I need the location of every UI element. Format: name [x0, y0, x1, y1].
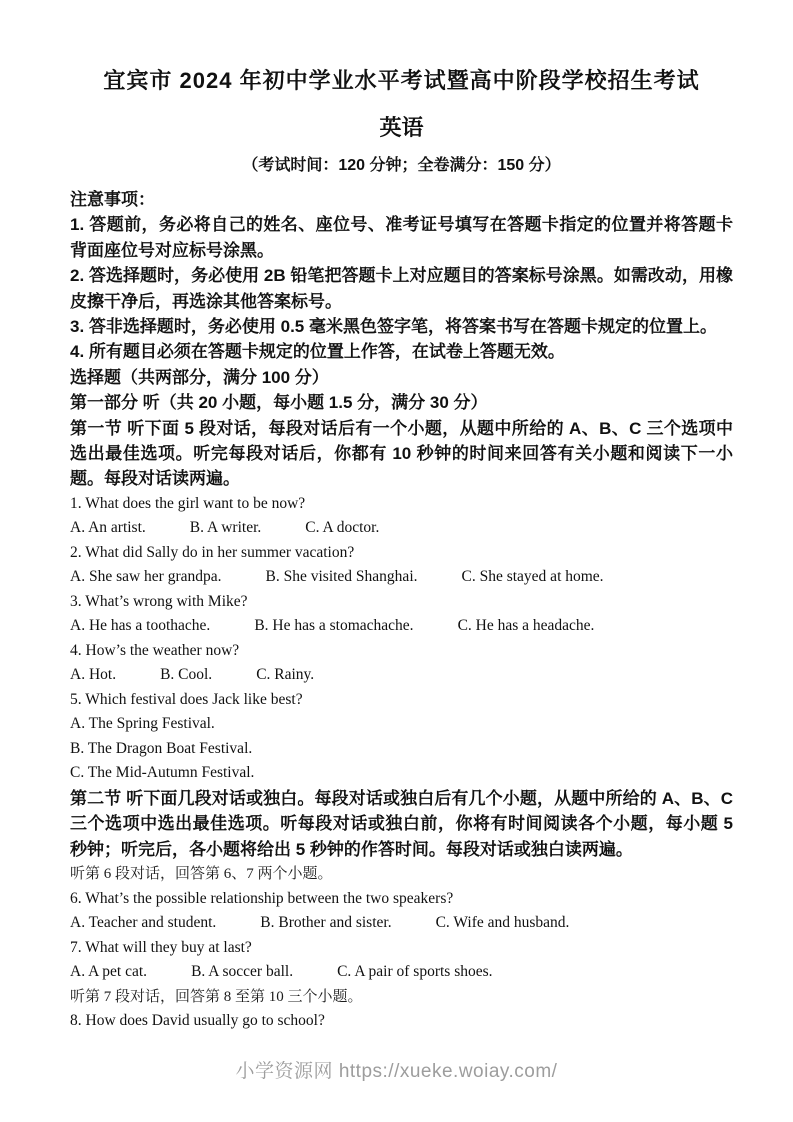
notice-item-2: 2. 答选择题时，务必使用 2B 铅笔把答题卡上对应题目的答案标号涂黑。如需改动… [70, 263, 733, 314]
option-c: C. She stayed at home. [462, 568, 604, 585]
question-2-options: A. She saw her grandpa.B. She visited Sh… [70, 565, 733, 590]
option-c: C. A doctor. [305, 519, 379, 536]
page-title: 宜宾市 2024 年初中学业水平考试暨高中阶段学校招生考试 [70, 64, 733, 95]
notice-item-3: 3. 答非选择题时，务必使用 0.5 毫米黑色签字笔，将答案书写在答题卡规定的位… [70, 314, 733, 339]
choice-section-heading: 选择题（共两部分，满分 100 分） [70, 365, 733, 390]
question-1-options: A. An artist.B. A writer.C. A doctor. [70, 516, 733, 541]
option-a: A. An artist. [70, 519, 146, 536]
question-4-options: A. Hot.B. Cool.C. Rainy. [70, 663, 733, 688]
section1-intro: 第一节 听下面 5 段对话，每段对话后有一个小题，从题中所给的 A、B、C 三个… [70, 416, 733, 492]
option-c: C. Rainy. [256, 666, 314, 683]
watermark-text: 小学资源网 https://xueke.woiay.com/ [0, 1056, 793, 1083]
option-b: B. He has a stomachache. [254, 617, 413, 634]
subject-title: 英语 [70, 111, 733, 142]
dialog6-note: 听第 6 段对话，回答第 6、7 两个小题。 [70, 862, 733, 887]
option-a: A. A pet cat. [70, 963, 147, 980]
option-a: A. Hot. [70, 666, 116, 683]
question-6-options: A. Teacher and student.B. Brother and si… [70, 911, 733, 936]
question-5-text: 5. Which festival does Jack like best? [70, 688, 733, 713]
dialog7-note: 听第 7 段对话，回答第 8 至第 10 三个小题。 [70, 985, 733, 1010]
question-6-text: 6. What’s the possible relationship betw… [70, 887, 733, 912]
question-1-text: 1. What does the girl want to be now? [70, 492, 733, 517]
question-3-text: 3. What’s wrong with Mike? [70, 590, 733, 615]
section2-intro: 第二节 听下面几段对话或独白。每段对话或独白后有几个小题，从题中所给的 A、B、… [70, 786, 733, 862]
question-5-option-b: B. The Dragon Boat Festival. [70, 737, 733, 762]
question-5-option-c: C. The Mid-Autumn Festival. [70, 761, 733, 786]
notice-item-4: 4. 所有题目必须在答题卡规定的位置上作答，在试卷上答题无效。 [70, 339, 733, 364]
question-4-text: 4. How’s the weather now? [70, 639, 733, 664]
option-a: A. He has a toothache. [70, 617, 210, 634]
option-c: C. He has a headache. [458, 617, 595, 634]
question-2-text: 2. What did Sally do in her summer vacat… [70, 541, 733, 566]
notice-heading: 注意事项： [70, 187, 733, 212]
option-c: C. A pair of sports shoes. [337, 963, 492, 980]
notice-item-1: 1. 答题前，务必将自己的姓名、座位号、准考证号填写在答题卡指定的位置并将答题卡… [70, 212, 733, 263]
option-b: B. A writer. [190, 519, 261, 536]
part1-heading: 第一部分 听（共 20 小题，每小题 1.5 分，满分 30 分） [70, 390, 733, 415]
exam-paper-page: 宜宾市 2024 年初中学业水平考试暨高中阶段学校招生考试 英语 （考试时间：1… [0, 0, 793, 1122]
question-8-text: 8. How does David usually go to school? [70, 1009, 733, 1034]
option-a: A. Teacher and student. [70, 914, 216, 931]
option-b: B. Cool. [160, 666, 212, 683]
exam-info: （考试时间：120 分钟；全卷满分：150 分） [70, 152, 733, 175]
option-a: A. She saw her grandpa. [70, 568, 222, 585]
option-b: B. A soccer ball. [191, 963, 293, 980]
question-7-text: 7. What will they buy at last? [70, 936, 733, 961]
option-b: B. She visited Shanghai. [266, 568, 418, 585]
option-c: C. Wife and husband. [436, 914, 570, 931]
question-5-option-a: A. The Spring Festival. [70, 712, 733, 737]
question-3-options: A. He has a toothache.B. He has a stomac… [70, 614, 733, 639]
option-b: B. Brother and sister. [260, 914, 391, 931]
question-7-options: A. A pet cat.B. A soccer ball.C. A pair … [70, 960, 733, 985]
